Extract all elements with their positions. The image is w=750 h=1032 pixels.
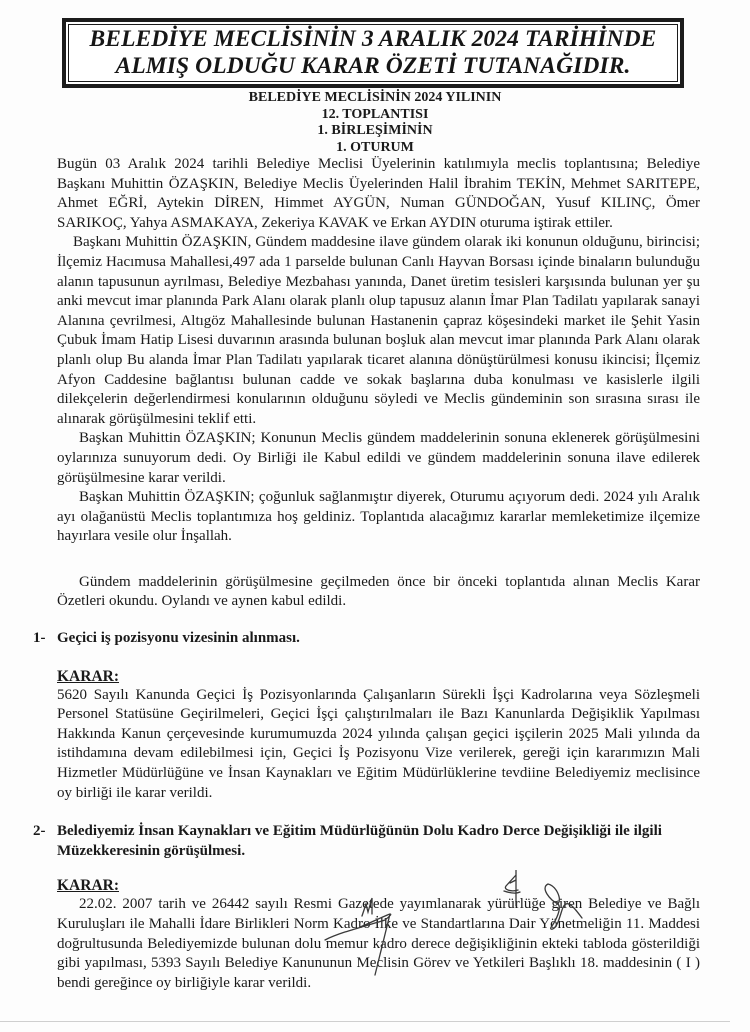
previous-minutes-paragraph: Gündem maddelerinin görüşülmesine geçilm… <box>57 573 700 612</box>
agenda-item-title: Belediyemiz İnsan Kaynakları ve Eğitim M… <box>57 823 662 859</box>
session-year-heading: BELEDİYE MECLİSİNİN 2024 YILININ <box>0 90 750 107</box>
signature-2-icon <box>504 870 520 906</box>
agenda-item-number: 2- <box>33 822 46 842</box>
decision-label: KARAR: <box>57 668 700 686</box>
document-page: BELEDİYE MECLİSİNİN 3 ARALIK 2024 TARİHİ… <box>0 0 750 1032</box>
opening-paragraph: Başkan Muhittin ÖZAŞKIN; çoğunluk sağlan… <box>57 488 700 547</box>
decision-text: 5620 Sayılı Kanunda Geçici İş Pozisyonla… <box>57 686 700 804</box>
sitting-number-heading: 1. BİRLEŞİMİNİN <box>0 123 750 140</box>
signature-1-icon <box>325 898 391 975</box>
agenda-item-title: Geçici iş pozisyonu vizesinin alınması. <box>57 630 300 646</box>
vote-paragraph: Başkan Muhittin ÖZAŞKIN; Konunun Meclis … <box>57 429 700 488</box>
document-body: Bugün 03 Aralık 2024 tarihli Belediye Me… <box>57 155 700 993</box>
attendance-paragraph: Bugün 03 Aralık 2024 tarihli Belediye Me… <box>57 155 700 233</box>
document-title-line-2: ALMIŞ OLDUĞU KARAR ÖZETİ TUTANAĞIDIR. <box>116 53 631 80</box>
agenda-item-1: 1- Geçici iş pozisyonu vizesinin alınmas… <box>57 629 700 649</box>
agenda-item-2: 2- Belediyemiz İnsan Kaynakları ve Eğiti… <box>57 822 700 861</box>
agenda-item-number: 1- <box>33 629 46 649</box>
session-number-heading: 1. OTURUM <box>0 140 750 157</box>
agenda-addition-paragraph: Başkanı Muhittin ÖZAŞKIN, Gündem maddesi… <box>57 233 700 429</box>
document-title-line-1: BELEDİYE MECLİSİNİN 3 ARALIK 2024 TARİHİ… <box>90 26 657 53</box>
title-frame-inner: BELEDİYE MECLİSİNİN 3 ARALIK 2024 TARİHİ… <box>68 24 678 82</box>
meeting-number-heading: 12. TOPLANTISI <box>0 107 750 124</box>
session-headings: BELEDİYE MECLİSİNİN 2024 YILININ 12. TOP… <box>0 90 750 156</box>
signatures <box>300 870 620 990</box>
signature-3-icon <box>545 884 582 929</box>
title-frame: BELEDİYE MECLİSİNİN 3 ARALIK 2024 TARİHİ… <box>62 18 684 88</box>
page-bottom-rule <box>0 1021 730 1022</box>
